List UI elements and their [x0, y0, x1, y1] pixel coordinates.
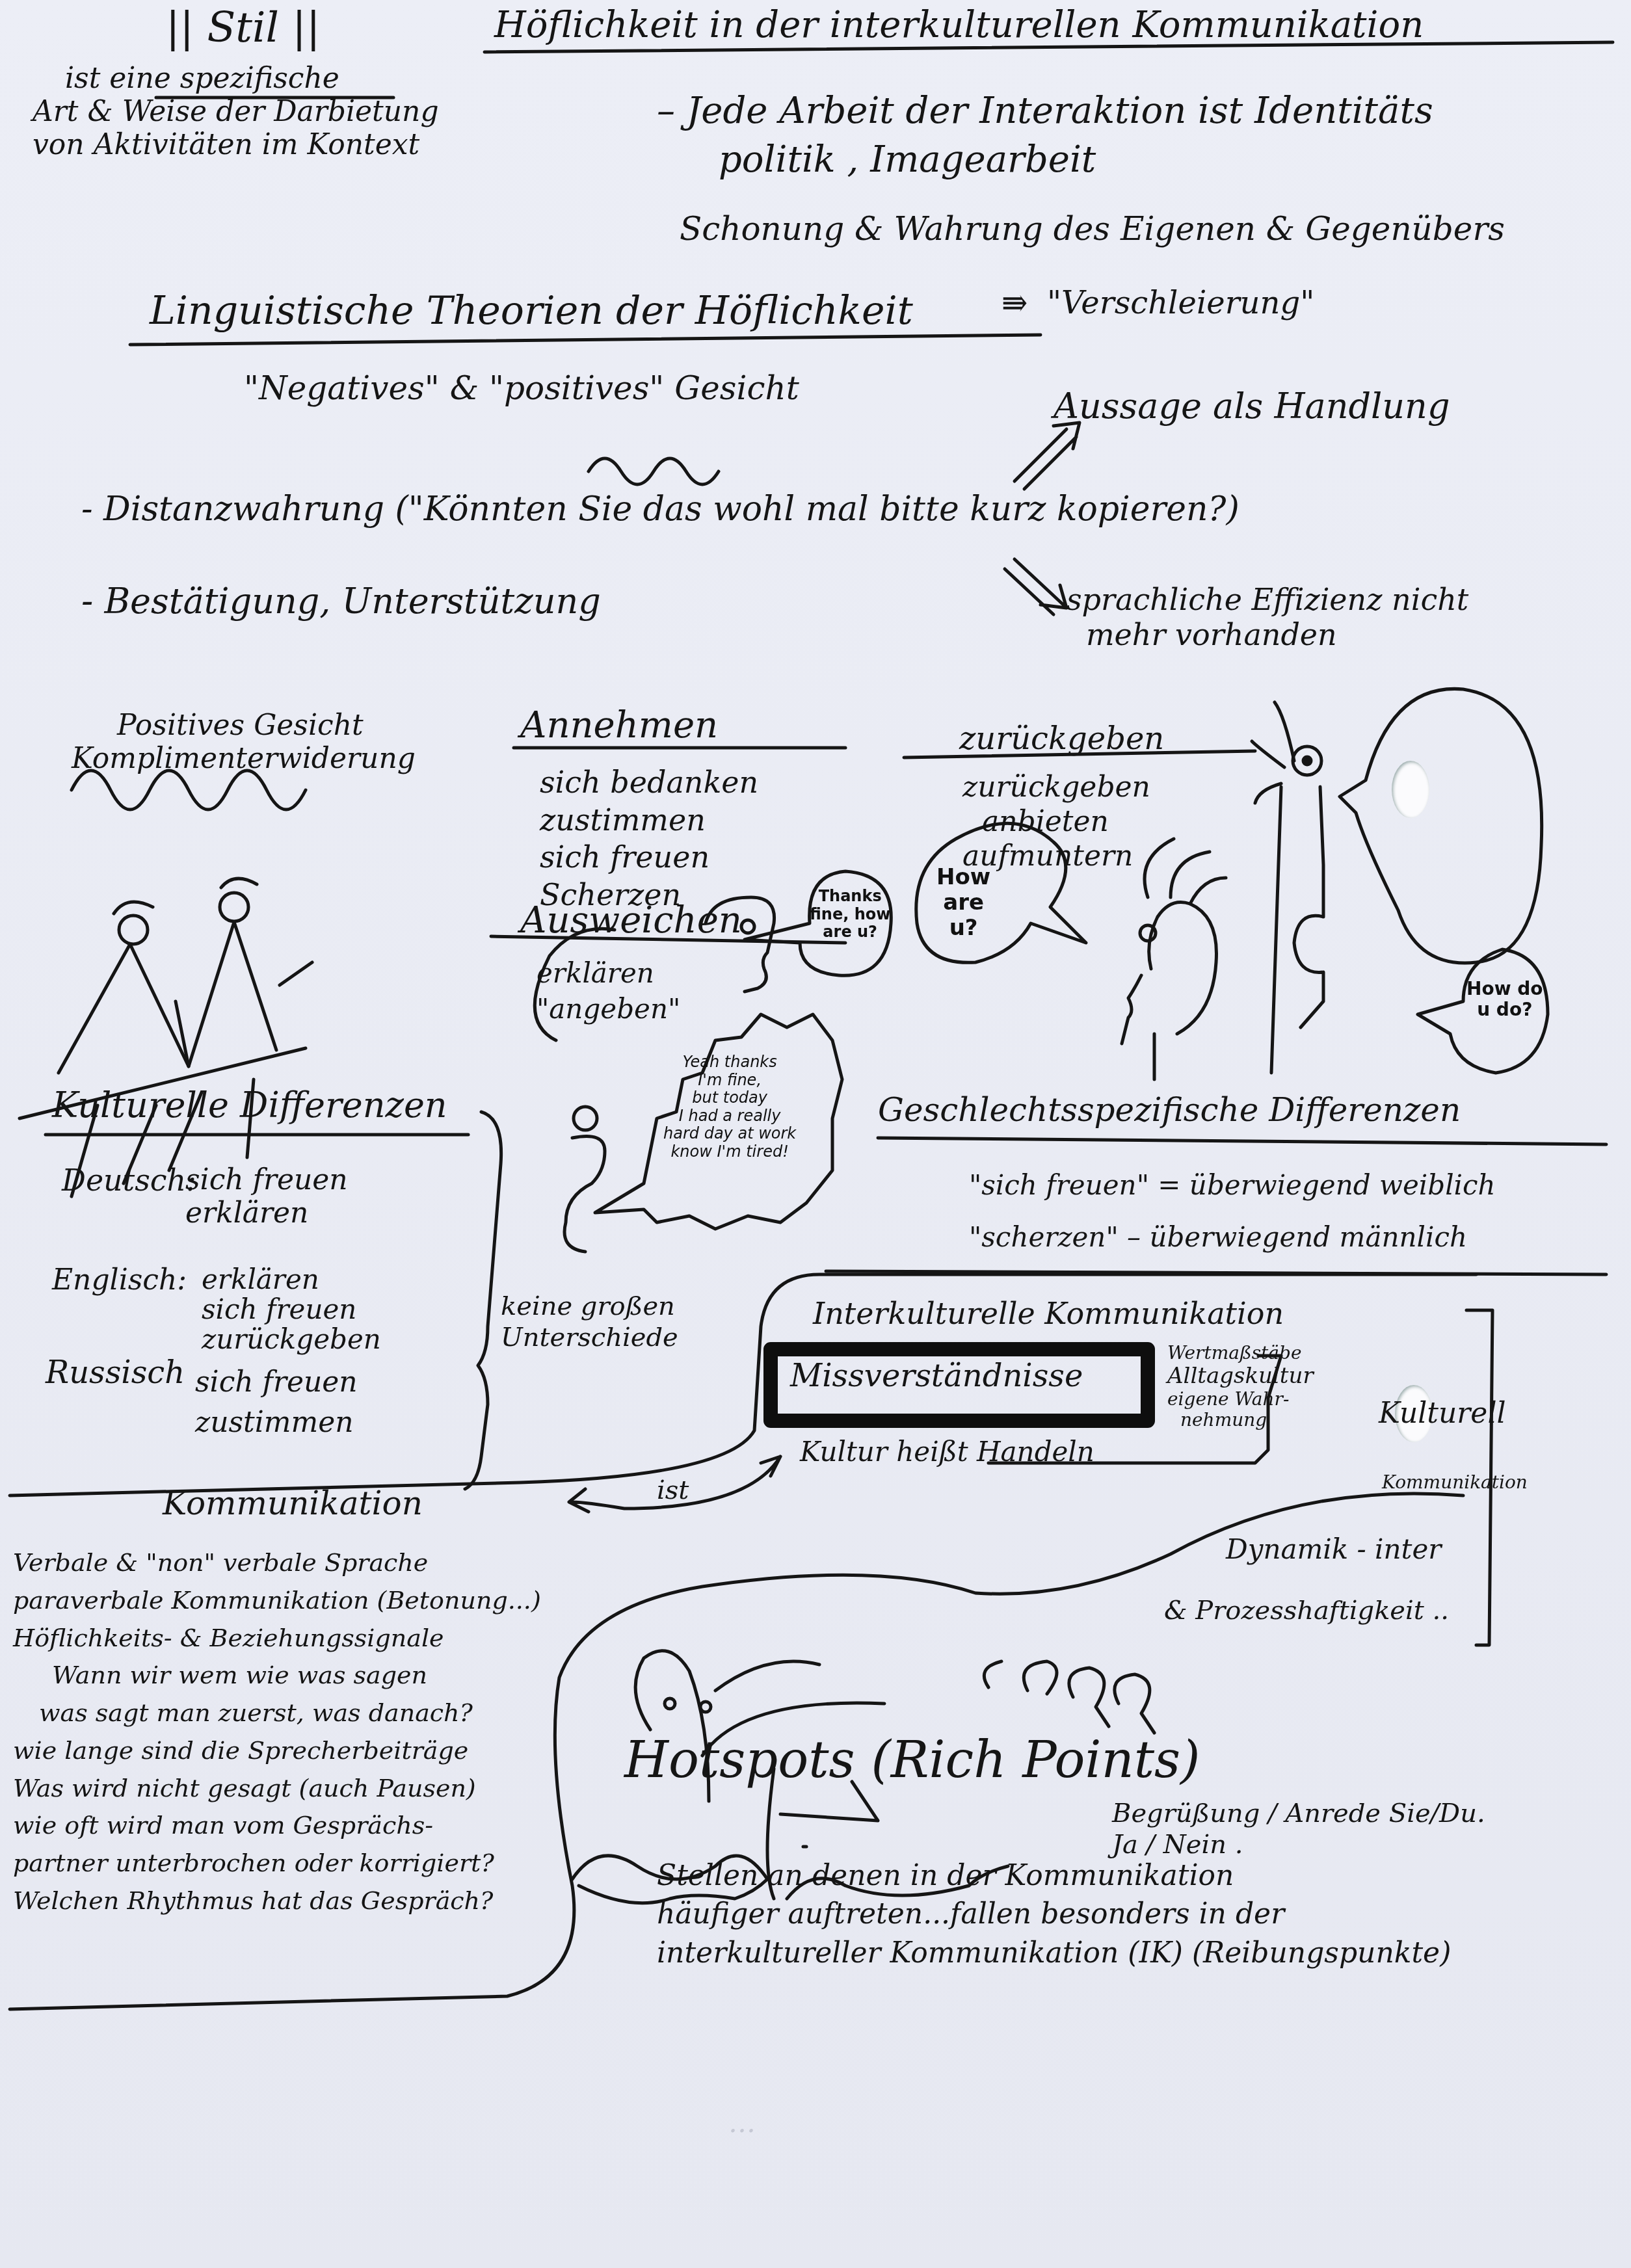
efficiency-line: sprachliche Effizienz nicht: [1067, 582, 1468, 617]
prozess-label: & Prozesshaftigkeit ..: [1164, 1596, 1449, 1625]
russisch-item: zustimmen: [195, 1403, 358, 1443]
stil-definition-line: ist eine spezifische: [33, 62, 439, 95]
englisch-item: erklären: [202, 1265, 381, 1295]
distanzwahrung-bullet: - Distanzwahrung ("Könnten Sie das wohl …: [81, 491, 1240, 528]
lang-deutsch: Deutsch:: [62, 1164, 196, 1197]
kultur-aspect: eigene Wahr-: [1167, 1389, 1314, 1410]
annehmen-list: sich bedanken zustimmen sich freuen Sche…: [540, 764, 758, 914]
englisch-item: sich freuen: [202, 1295, 381, 1325]
kommunikation-notes: Verbale & "non" verbale Sprache paraverb…: [13, 1544, 541, 1920]
kommunikation-line: was sagt man zuerst, was danach?: [13, 1694, 541, 1732]
hotspot-example: Begrüßung / Anrede Sie/Du.: [1112, 1798, 1485, 1829]
identity-line-1: – Jede Arbeit der Interaktion ist Identi…: [657, 91, 1433, 131]
big-empty-bubble: [1340, 689, 1542, 963]
englisch-item: zurückgeben: [202, 1325, 381, 1354]
zurueckgeben-item: anbieten: [962, 805, 1150, 839]
zurueckgeben-item: zurückgeben: [962, 771, 1150, 805]
kulturelle-summary: keine großen Unterschiede: [501, 1291, 678, 1353]
compliment-note: Positives Gesicht Komplimenterwiderung: [72, 709, 416, 775]
dynamik-label: Dynamik - inter: [1226, 1535, 1441, 1564]
kulturelle-summary-line: Unterschiede: [501, 1322, 678, 1353]
zurueckgeben-list: zurückgeben anbieten aufmuntern: [962, 771, 1150, 873]
geschlecht-line-2: "scherzen" – überwiegend männlich: [969, 1222, 1467, 1252]
kommunikation-line: Wann wir wem wie was sagen: [13, 1657, 541, 1694]
hotspots-description-line: Stellen an denen in der Kommunikation: [657, 1856, 1451, 1895]
kulturell-label: Kulturell: [1379, 1398, 1506, 1429]
lang-englisch: Englisch:: [52, 1265, 187, 1296]
wavy-underline-positives: [589, 458, 719, 484]
stil-definition-line: Art & Weise der Darbietung: [33, 95, 439, 128]
stil-definition-line: von Aktivitäten im Kontext: [33, 128, 439, 161]
double-arrow-down: [1005, 559, 1067, 614]
compliment-line: Komplimenterwiderung: [72, 742, 416, 775]
identity-line-2: politik , Imagearbeit: [719, 140, 1096, 180]
deutsch-item: sich freuen: [185, 1164, 348, 1197]
verschleierung-label: "Verschleierung": [1047, 286, 1314, 321]
kommunikation-line: Welchen Rhythmus hat das Gespräch?: [13, 1882, 541, 1920]
speech-act-label: Aussage als Handlung: [1054, 387, 1450, 425]
page-title: Höflichkeit in der interkulturellen Komm…: [494, 5, 1424, 46]
identity-line-3: Schonung & Wahrung des Eigenen & Gegenüb…: [680, 211, 1505, 247]
zurueckgeben-heading: zurückgeben: [959, 722, 1164, 756]
hotspots-description: Stellen an denen in der Kommunikation hä…: [657, 1856, 1451, 1972]
ausweichen-list: erklären "angeben": [537, 956, 680, 1027]
kultur-aspects-list: Wertmaßstäbe Alltagskultur eigene Wahr- …: [1167, 1343, 1314, 1431]
kommunikation-line: Höflichkeits- & Beziehungssignale: [13, 1620, 541, 1657]
kommunikation-line: wie oft wird man vom Gesprächs-: [13, 1807, 541, 1845]
yeah-bubble-text: Yeah thanks I'm fine, but today I had a …: [663, 1053, 796, 1161]
how-are-u-bubble-text: How are u?: [936, 865, 990, 941]
annehmen-item: sich bedanken: [540, 764, 758, 802]
underline-linguistisch: [130, 335, 1041, 345]
kultur-aspect: Wertmaßstäbe: [1167, 1343, 1314, 1364]
zurueckgeben-item: aufmuntern: [962, 839, 1150, 874]
hotspots-title: Hotspots (Rich Points): [624, 1733, 1200, 1789]
ausweichen-item: erklären: [537, 956, 680, 992]
arrow-right-icon: ⇛: [1001, 286, 1028, 321]
brace-kulturelle: [465, 1112, 501, 1489]
stil-definition: ist eine spezifische Art & Weise der Dar…: [33, 62, 439, 161]
efficiency-line: mehr vorhanden: [1067, 617, 1468, 652]
kommunikation-heading: Kommunikation: [163, 1486, 423, 1522]
hotspots-description-line: interkultureller Kommunikation (IK) (Rei…: [657, 1934, 1451, 1972]
kulturelle-summary-line: keine großen: [501, 1291, 678, 1322]
hotspots-examples: Begrüßung / Anrede Sie/Du. Ja / Nein .: [1112, 1798, 1485, 1860]
russisch-items: sich freuen zustimmen: [195, 1362, 358, 1442]
double-arrow-up: [1014, 423, 1080, 489]
annehmen-heading: Annehmen: [520, 705, 718, 746]
faces-label: "Negatives" & "positives" Gesicht: [244, 371, 799, 406]
bestaetigung-bullet: - Bestätigung, Unterstützung: [81, 582, 601, 620]
russisch-item: sich freuen: [195, 1362, 358, 1403]
hotspot-example: Ja / Nein .: [1112, 1829, 1485, 1860]
annehmen-item: sich freuen: [540, 839, 758, 877]
stil-heading: || Stil ||: [166, 5, 320, 51]
kommunikation-line: paraverbale Kommunikation (Betonung...): [13, 1582, 541, 1620]
kommunikation-line: Was wird nicht gesagt (auch Pausen): [13, 1770, 541, 1808]
horned-head-drawing: [1122, 839, 1226, 1079]
deutsch-item: erklären: [185, 1197, 348, 1230]
efficiency-note: sprachliche Effizienz nicht mehr vorhand…: [1067, 582, 1468, 652]
kulturelle-heading: Kulturelle Differenzen: [52, 1086, 447, 1124]
englisch-items: erklären sich freuen zurückgeben: [202, 1265, 381, 1355]
missverstaendnisse-label: Missverständnisse: [790, 1359, 1083, 1393]
thanks-bubble-text: Thanks fine, how are u?: [810, 888, 890, 942]
annehmen-item: zustimmen: [540, 802, 758, 839]
how-do-u-do-bubble-text: How do u do?: [1466, 979, 1543, 1020]
geschlecht-line-1: "sich freuen" = überwiegend weiblich: [969, 1170, 1496, 1200]
ist-label: ist: [657, 1476, 689, 1505]
underline-geschlecht: [878, 1138, 1606, 1144]
hotspots-description-line: häufiger auftreten...fallen besonders in…: [657, 1895, 1451, 1933]
interkulturell-heading: Interkulturelle Kommunikation: [813, 1297, 1284, 1330]
kultur-aspect: nehmung: [1167, 1410, 1314, 1431]
ausweichen-item: "angeben": [537, 992, 680, 1027]
wavy-underline-kompliment: [72, 771, 306, 810]
kultur-aspect: Alltagskultur: [1167, 1364, 1314, 1389]
kommunikation-line: Verbale & "non" verbale Sprache: [13, 1544, 541, 1582]
lang-russisch: Russisch: [46, 1356, 185, 1390]
deutsch-items: sich freuen erklären: [185, 1164, 348, 1230]
kommunikation-line: partner unterbrochen oder korrigiert?: [13, 1845, 541, 1882]
kommunikation-small-label: Kommunikation: [1382, 1473, 1528, 1493]
ausweichen-heading: Ausweichen: [520, 901, 742, 941]
kultur-handeln-label: Kultur heißt Handeln: [800, 1437, 1094, 1467]
compliment-line: Positives Gesicht: [72, 709, 416, 742]
kommunikation-line: wie lange sind die Sprecherbeiträge: [13, 1732, 541, 1770]
geschlecht-heading: Geschlechtsspezifische Differenzen: [878, 1092, 1461, 1128]
linguistic-heading: Linguistische Theorien der Höflichkeit: [150, 289, 913, 332]
stick-figures-drawing: [20, 878, 312, 1196]
